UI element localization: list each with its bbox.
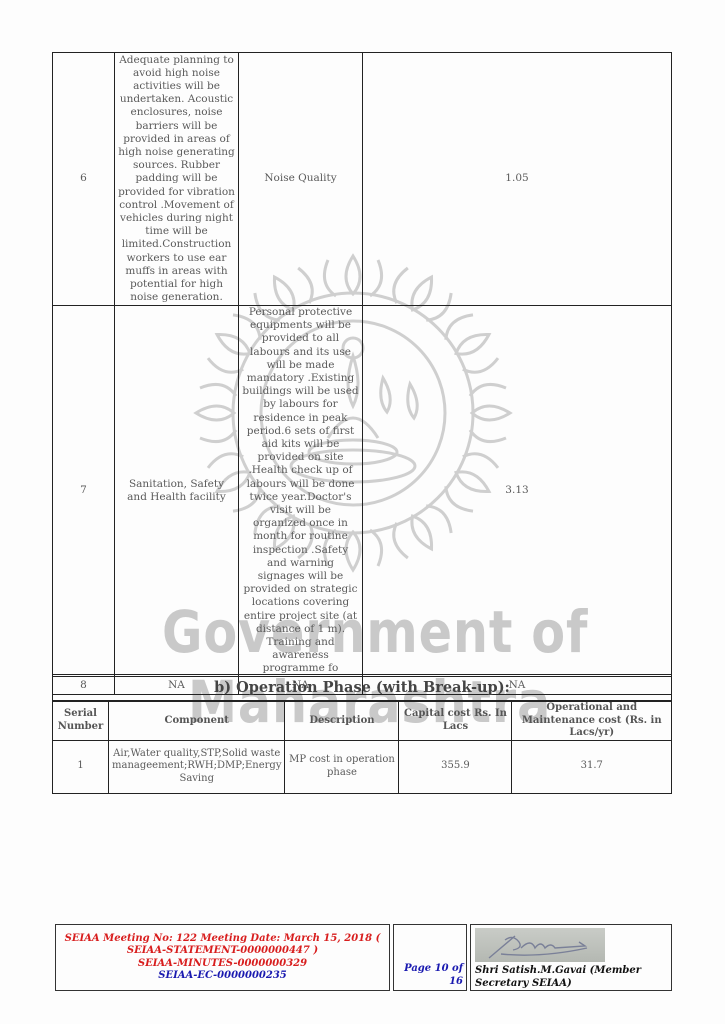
footer-signature: Shri Satish.M.Gavai (Member Secretary SE… [470, 924, 672, 991]
attribute-cell: Noise Quality [239, 53, 363, 306]
header-description: Description [285, 702, 399, 741]
component-cell: Air,Water quality,STP,Solid waste manage… [109, 740, 285, 793]
capital-cost-cell: 355.9 [399, 740, 512, 793]
construction-phase-table: 6 Adequate planning to avoid high noise … [52, 52, 672, 695]
signature-image [475, 928, 605, 962]
attribute-cell: Sanitation, Safety and Health facility [115, 306, 239, 677]
cost-cell: 3.13 [363, 306, 672, 677]
footer-page-number: Page 10 of 16 [393, 924, 467, 991]
section-title: b) Operation Phase (with Break-up): [53, 675, 672, 701]
serial-cell: 6 [53, 53, 115, 306]
om-cost-cell: 31.7 [512, 740, 672, 793]
table-header-row: Serial Number Component Description Capi… [53, 702, 672, 741]
minutes-id: SEIAA-MINUTES-0000000329 [138, 958, 307, 971]
measures-cell: Personal protective equipments will be p… [239, 306, 363, 677]
operation-phase-header: b) Operation Phase (with Break-up): [52, 674, 672, 701]
page-label: Page 10 of [394, 962, 463, 975]
signature-scribble-icon [475, 928, 605, 962]
signatory-name: Shri Satish.M.Gavai (Member Secretary SE… [475, 965, 667, 990]
description-cell: MP cost in operation phase [285, 740, 399, 793]
table-row: 7 Sanitation, Safety and Health facility… [53, 306, 672, 677]
serial-cell: 7 [53, 306, 115, 677]
cost-cell: 1.05 [363, 53, 672, 306]
header-serial: Serial Number [53, 702, 109, 741]
table-row: 6 Adequate planning to avoid high noise … [53, 53, 672, 306]
table-row: 1 Air,Water quality,STP,Solid waste mana… [53, 740, 672, 793]
measures-cell: Adequate planning to avoid high noise ac… [115, 53, 239, 306]
meeting-line: SEIAA Meeting No: 122 Meeting Date: Marc… [62, 933, 383, 958]
footer-meeting-info: SEIAA Meeting No: 122 Meeting Date: Marc… [55, 924, 390, 991]
header-component: Component [109, 702, 285, 741]
header-capital-cost: Capital cost Rs. In Lacs [399, 702, 512, 741]
ec-id: SEIAA-EC-0000000235 [158, 970, 287, 983]
page-total: 16 [394, 975, 463, 988]
operation-phase-table: Serial Number Component Description Capi… [52, 701, 672, 794]
header-om-cost: Operational and Maintenance cost (Rs. in… [512, 702, 672, 741]
serial-cell: 1 [53, 740, 109, 793]
